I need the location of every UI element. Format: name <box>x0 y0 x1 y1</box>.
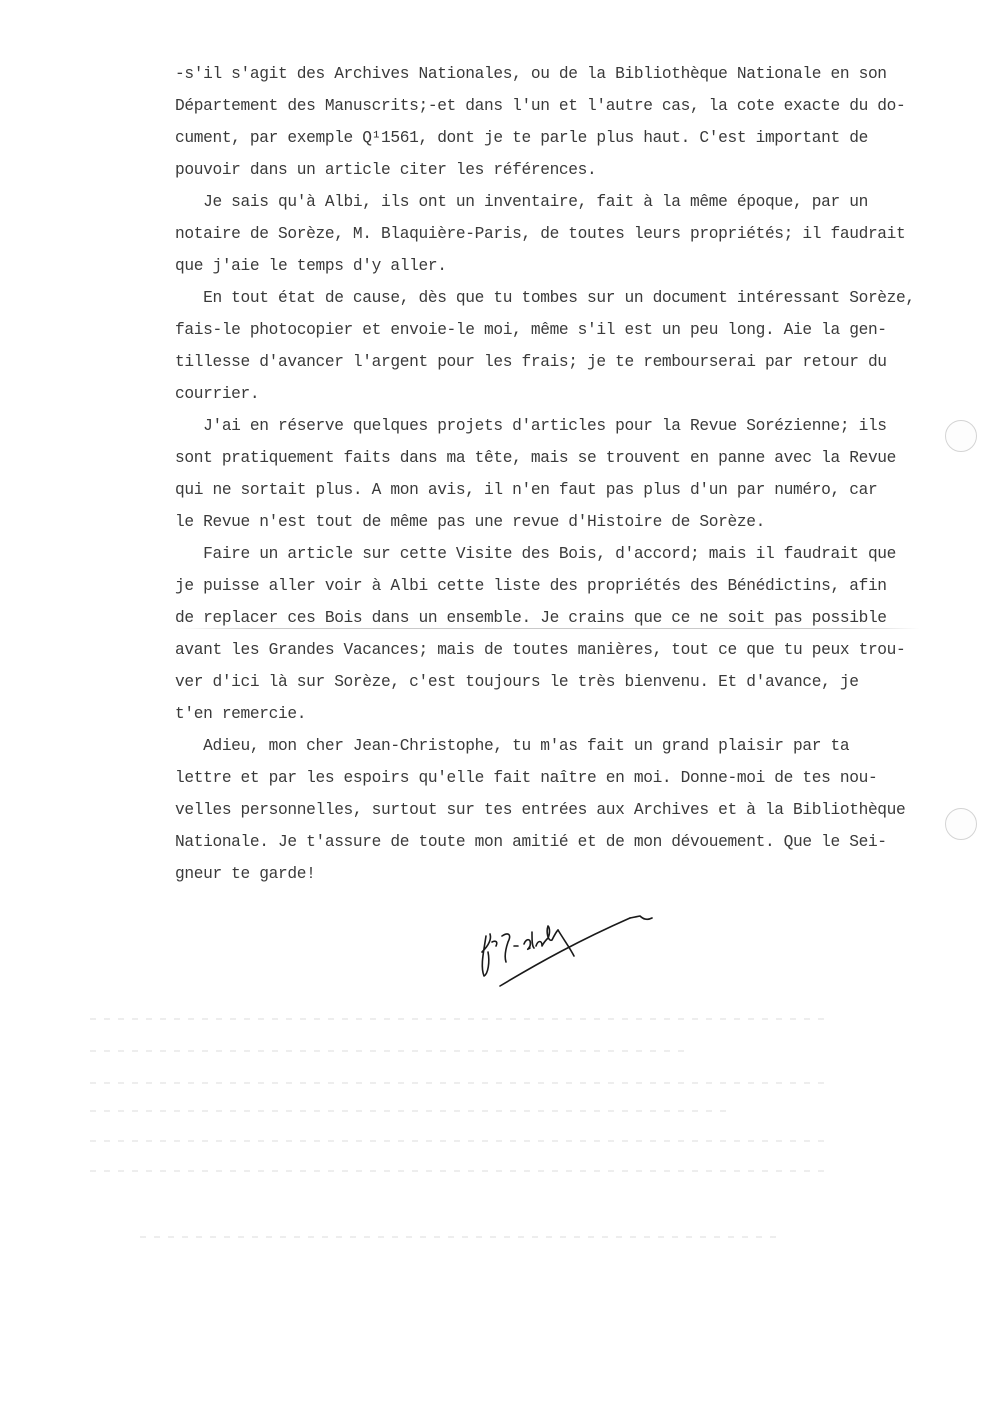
text-line: -s'il s'agit des Archives Nationales, ou… <box>175 58 945 90</box>
text-line: gneur te garde! <box>175 858 945 890</box>
paragraph: Adieu, mon cher Jean-Christophe, tu m'as… <box>175 730 945 890</box>
paragraph: -s'il s'agit des Archives Nationales, ou… <box>175 58 945 186</box>
text-line: le Revue n'est tout de même pas une revu… <box>175 506 945 538</box>
paragraph: En tout état de cause, dès que tu tombes… <box>175 282 945 410</box>
text-line: je puisse aller voir à Albi cette liste … <box>175 570 945 602</box>
letter-body: -s'il s'agit des Archives Nationales, ou… <box>175 58 945 890</box>
text-line: Nationale. Je t'assure de toute mon amit… <box>175 826 945 858</box>
text-line: que j'aie le temps d'y aller. <box>175 250 945 282</box>
bleed-through-text <box>90 1110 730 1112</box>
punch-hole-mark <box>945 420 977 452</box>
punch-hole-mark <box>945 808 977 840</box>
handwritten-signature-icon <box>470 890 670 990</box>
text-line: En tout état de cause, dès que tu tombes… <box>175 282 945 314</box>
scanned-letter-page: -s'il s'agit des Archives Nationales, ou… <box>0 0 1000 1413</box>
bleed-through-text <box>140 1236 780 1238</box>
text-line: courrier. <box>175 378 945 410</box>
text-line: pouvoir dans un article citer les référe… <box>175 154 945 186</box>
text-line: de replacer ces Bois dans un ensemble. J… <box>175 602 945 634</box>
text-line: Faire un article sur cette Visite des Bo… <box>175 538 945 570</box>
bleed-through-text <box>90 1082 830 1084</box>
text-line: J'ai en réserve quelques projets d'artic… <box>175 410 945 442</box>
text-line: Adieu, mon cher Jean-Christophe, tu m'as… <box>175 730 945 762</box>
text-line: avant les Grandes Vacances; mais de tout… <box>175 634 945 666</box>
text-line: notaire de Sorèze, M. Blaquière-Paris, d… <box>175 218 945 250</box>
text-line: cument, par exemple Q¹1561, dont je te p… <box>175 122 945 154</box>
bleed-through-text <box>90 1170 830 1172</box>
text-line: t'en remercie. <box>175 698 945 730</box>
text-line: ver d'ici là sur Sorèze, c'est toujours … <box>175 666 945 698</box>
signature <box>470 890 670 990</box>
text-line: sont pratiquement faits dans ma tête, ma… <box>175 442 945 474</box>
text-line: qui ne sortait plus. A mon avis, il n'en… <box>175 474 945 506</box>
paragraph: J'ai en réserve quelques projets d'artic… <box>175 410 945 538</box>
text-line: Je sais qu'à Albi, ils ont un inventaire… <box>175 186 945 218</box>
faint-fold-line <box>180 628 920 629</box>
paragraph: Je sais qu'à Albi, ils ont un inventaire… <box>175 186 945 282</box>
text-line: tillesse d'avancer l'argent pour les fra… <box>175 346 945 378</box>
text-line: Département des Manuscrits;-et dans l'un… <box>175 90 945 122</box>
bleed-through-text <box>90 1050 690 1052</box>
bleed-through-text <box>90 1140 830 1142</box>
text-line: velles personnelles, surtout sur tes ent… <box>175 794 945 826</box>
paragraph: Faire un article sur cette Visite des Bo… <box>175 538 945 730</box>
text-line: lettre et par les espoirs qu'elle fait n… <box>175 762 945 794</box>
text-line: fais-le photocopier et envoie-le moi, mê… <box>175 314 945 346</box>
bleed-through-text <box>90 1018 830 1020</box>
